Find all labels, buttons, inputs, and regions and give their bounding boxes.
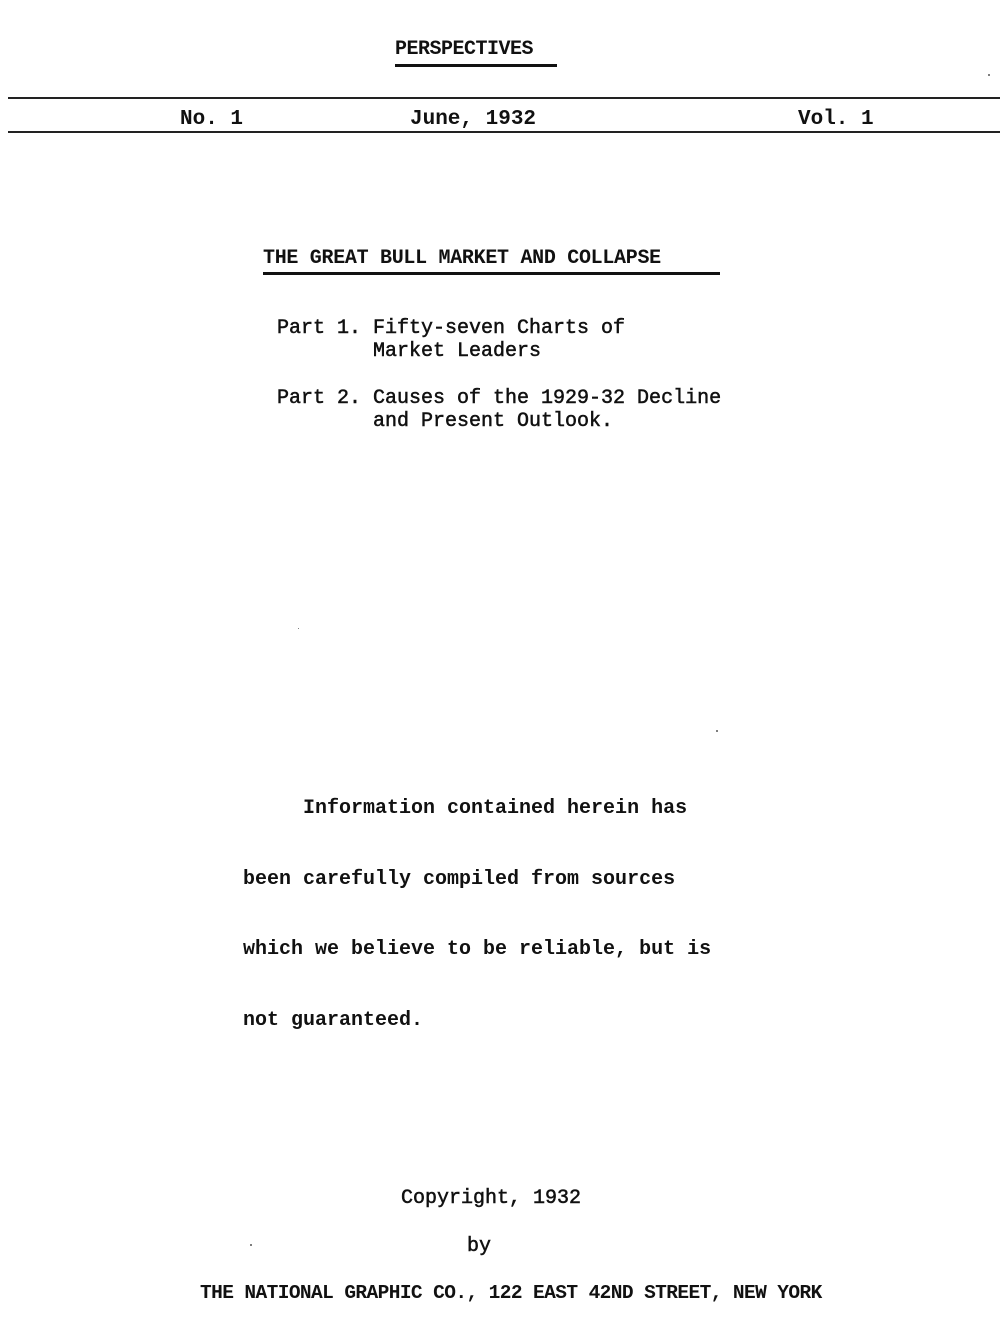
- publication-title-underline: [395, 64, 557, 67]
- part-1-line-2: Market Leaders: [277, 340, 541, 363]
- disclaimer-line: which we believe to be reliable, but is: [243, 938, 711, 962]
- masthead-bottom-rule: [8, 131, 1000, 133]
- issue-date: June, 1932: [410, 108, 536, 131]
- copyright-notice: Copyright, 1932: [401, 1187, 581, 1210]
- disclaimer-text: Information contained herein has been ca…: [243, 750, 711, 1079]
- document-title-underline: [263, 272, 720, 275]
- publication-title: PERSPECTIVES: [395, 38, 533, 61]
- paper-speck: [716, 730, 718, 732]
- part-2-line-1: Part 2. Causes of the 1929-32 Decline: [277, 387, 721, 410]
- paper-speck: [298, 628, 299, 629]
- volume-number: Vol. 1: [798, 108, 874, 131]
- masthead-top-rule: [8, 97, 1000, 99]
- disclaimer-line: been carefully compiled from sources: [243, 868, 711, 892]
- publisher-address: THE NATIONAL GRAPHIC CO., 122 EAST 42ND …: [200, 1282, 822, 1304]
- paper-speck: [988, 74, 990, 76]
- issue-number: No. 1: [180, 108, 243, 131]
- disclaimer-line: not guaranteed.: [243, 1009, 711, 1033]
- copyright-by: by: [467, 1235, 491, 1258]
- disclaimer-line: Information contained herein has: [243, 797, 711, 821]
- part-1-line-1: Part 1. Fifty-seven Charts of: [277, 317, 625, 340]
- part-2-line-2: and Present Outlook.: [277, 410, 613, 433]
- paper-speck: [250, 1244, 252, 1246]
- document-title: THE GREAT BULL MARKET AND COLLAPSE: [263, 247, 661, 270]
